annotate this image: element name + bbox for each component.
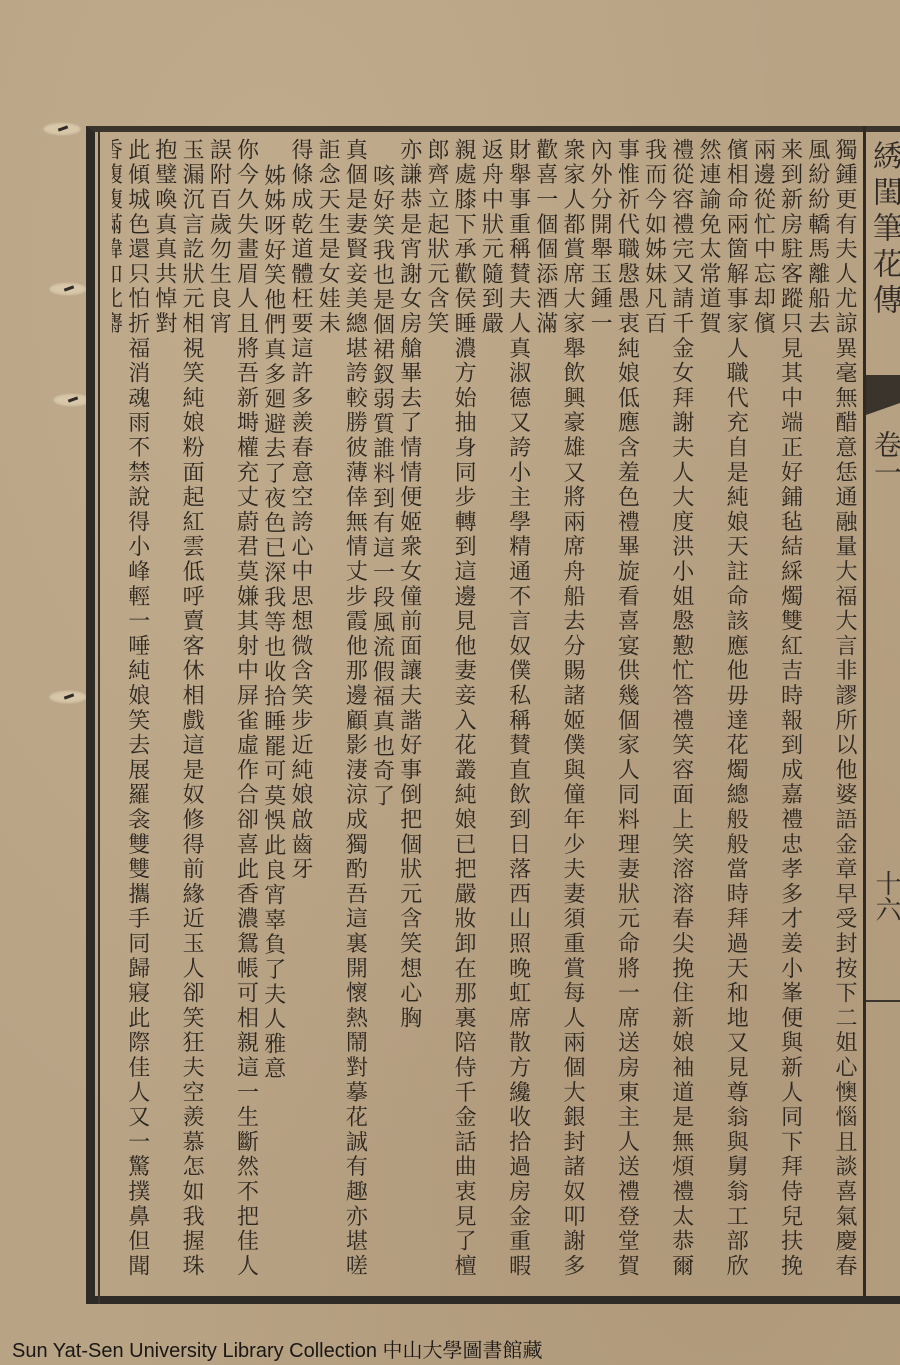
volume-label: 卷一 [872,430,900,486]
text-column: 得條成乾道體枉要這許多羨春意空誇心中思想微含笑步近純娘啟齒牙 [287,138,314,1298]
text-column: 玉漏沉言訖狀元相視笑純娘粉面起紅雲低呼賣客休相戲這是奴修得前緣近玉人卻笑狂夫空羨… [151,138,205,1298]
text-column: 此傾城色還只怕折福消魂雨不禁說得小峰輕一唾純娘笑去展羅衾雙雙攜手同歸寢此際佳人又… [112,138,151,1298]
page-number: 十六 [872,870,900,922]
binding-hole [48,282,88,296]
text-column: 姊姊呀好笑他們真多廻避去了夜色已深我等也收拾睡罷可莫悞此良宵辜負了夫人雅意 [260,138,287,1298]
text-column: 真個是妻賢妾美總堪誇較勝彼薄倖無情丈步霞他那邊顧影淒涼成獨酌吾這裏開懷熱鬧對摹花… [314,138,368,1298]
text-column: 咳好笑我也是個裙釵弱質誰料到有這一段風流假福真也奇了 [368,138,395,1298]
library-collection-footer: Sun Yat-Sen University Library Collectio… [12,1334,543,1363]
text-column: 親處膝下承歡侯睡濃方始抽身同步轉到這邊見他妻妾入花叢純娘已把嚴妝卸在那裏陪侍千金… [423,138,477,1298]
binding-hole [48,690,88,704]
border-inner-line [98,126,100,1304]
text-column: 禮從容禮完又請千金女拜謝夫人大度洪小姐慇懃忙答禮笑容面上笑溶溶春尖挽住新娘袖道是… [640,138,694,1298]
center-fold-rule [863,126,866,1304]
text-column: 獨鍾更有夫人尤諒異毫無醋意恁通融量大福大言非謬所以他婆語金章早受封按下二姐心懊惱… [804,138,858,1298]
vertical-text-body: 獨鍾更有夫人尤諒異毫無醋意恁通融量大福大言非謬所以他婆語金章早受封按下二姐心懊惱… [112,138,858,1298]
book-title-strip: 綉閨筆花傳 [868,140,900,860]
text-column: 亦謙恭是宵謝女房艙畢去了情情便姬衆女僮前面讓夫諧好事倒把個狀元含笑想心胸 [396,138,423,1298]
text-column: 儐相命兩箇解事家人職代充自是純娘天註命該應他毋達花燭總般般當時拜過天和地又見尊翁… [695,138,749,1298]
text-column: 来到新房駐客蹤只見其中端正好鋪毡結綵燭雙紅吉時報到成嘉禮忠孝多才姜小峯便與新人同… [749,138,803,1298]
fold-line [866,1000,900,1002]
text-column: 財舉事重稱賛夫人真淑德又誇小主學精通不言奴僕私稱賛直飲到日落西山照晚虹席散方纔收… [477,138,531,1298]
binding-hole [42,122,82,136]
text-column: 事惟祈代職慇愚衷純娘低應含羞色禮畢旋看喜宴供幾個家人同料理妻狀元命將一席送房東主… [586,138,640,1298]
text-column: 你今久失畫眉人且將吾新塒權充丈蔚君莫嫌其射中屏雀虛作合卻喜此香濃鴛帳可相親這一生… [205,138,259,1298]
text-column: 衆家人都賞席大家舉飲興豪雄又將兩席舟船去分賜諸姬僕與僮年少夫妻須重賞每人兩個大銀… [532,138,586,1298]
